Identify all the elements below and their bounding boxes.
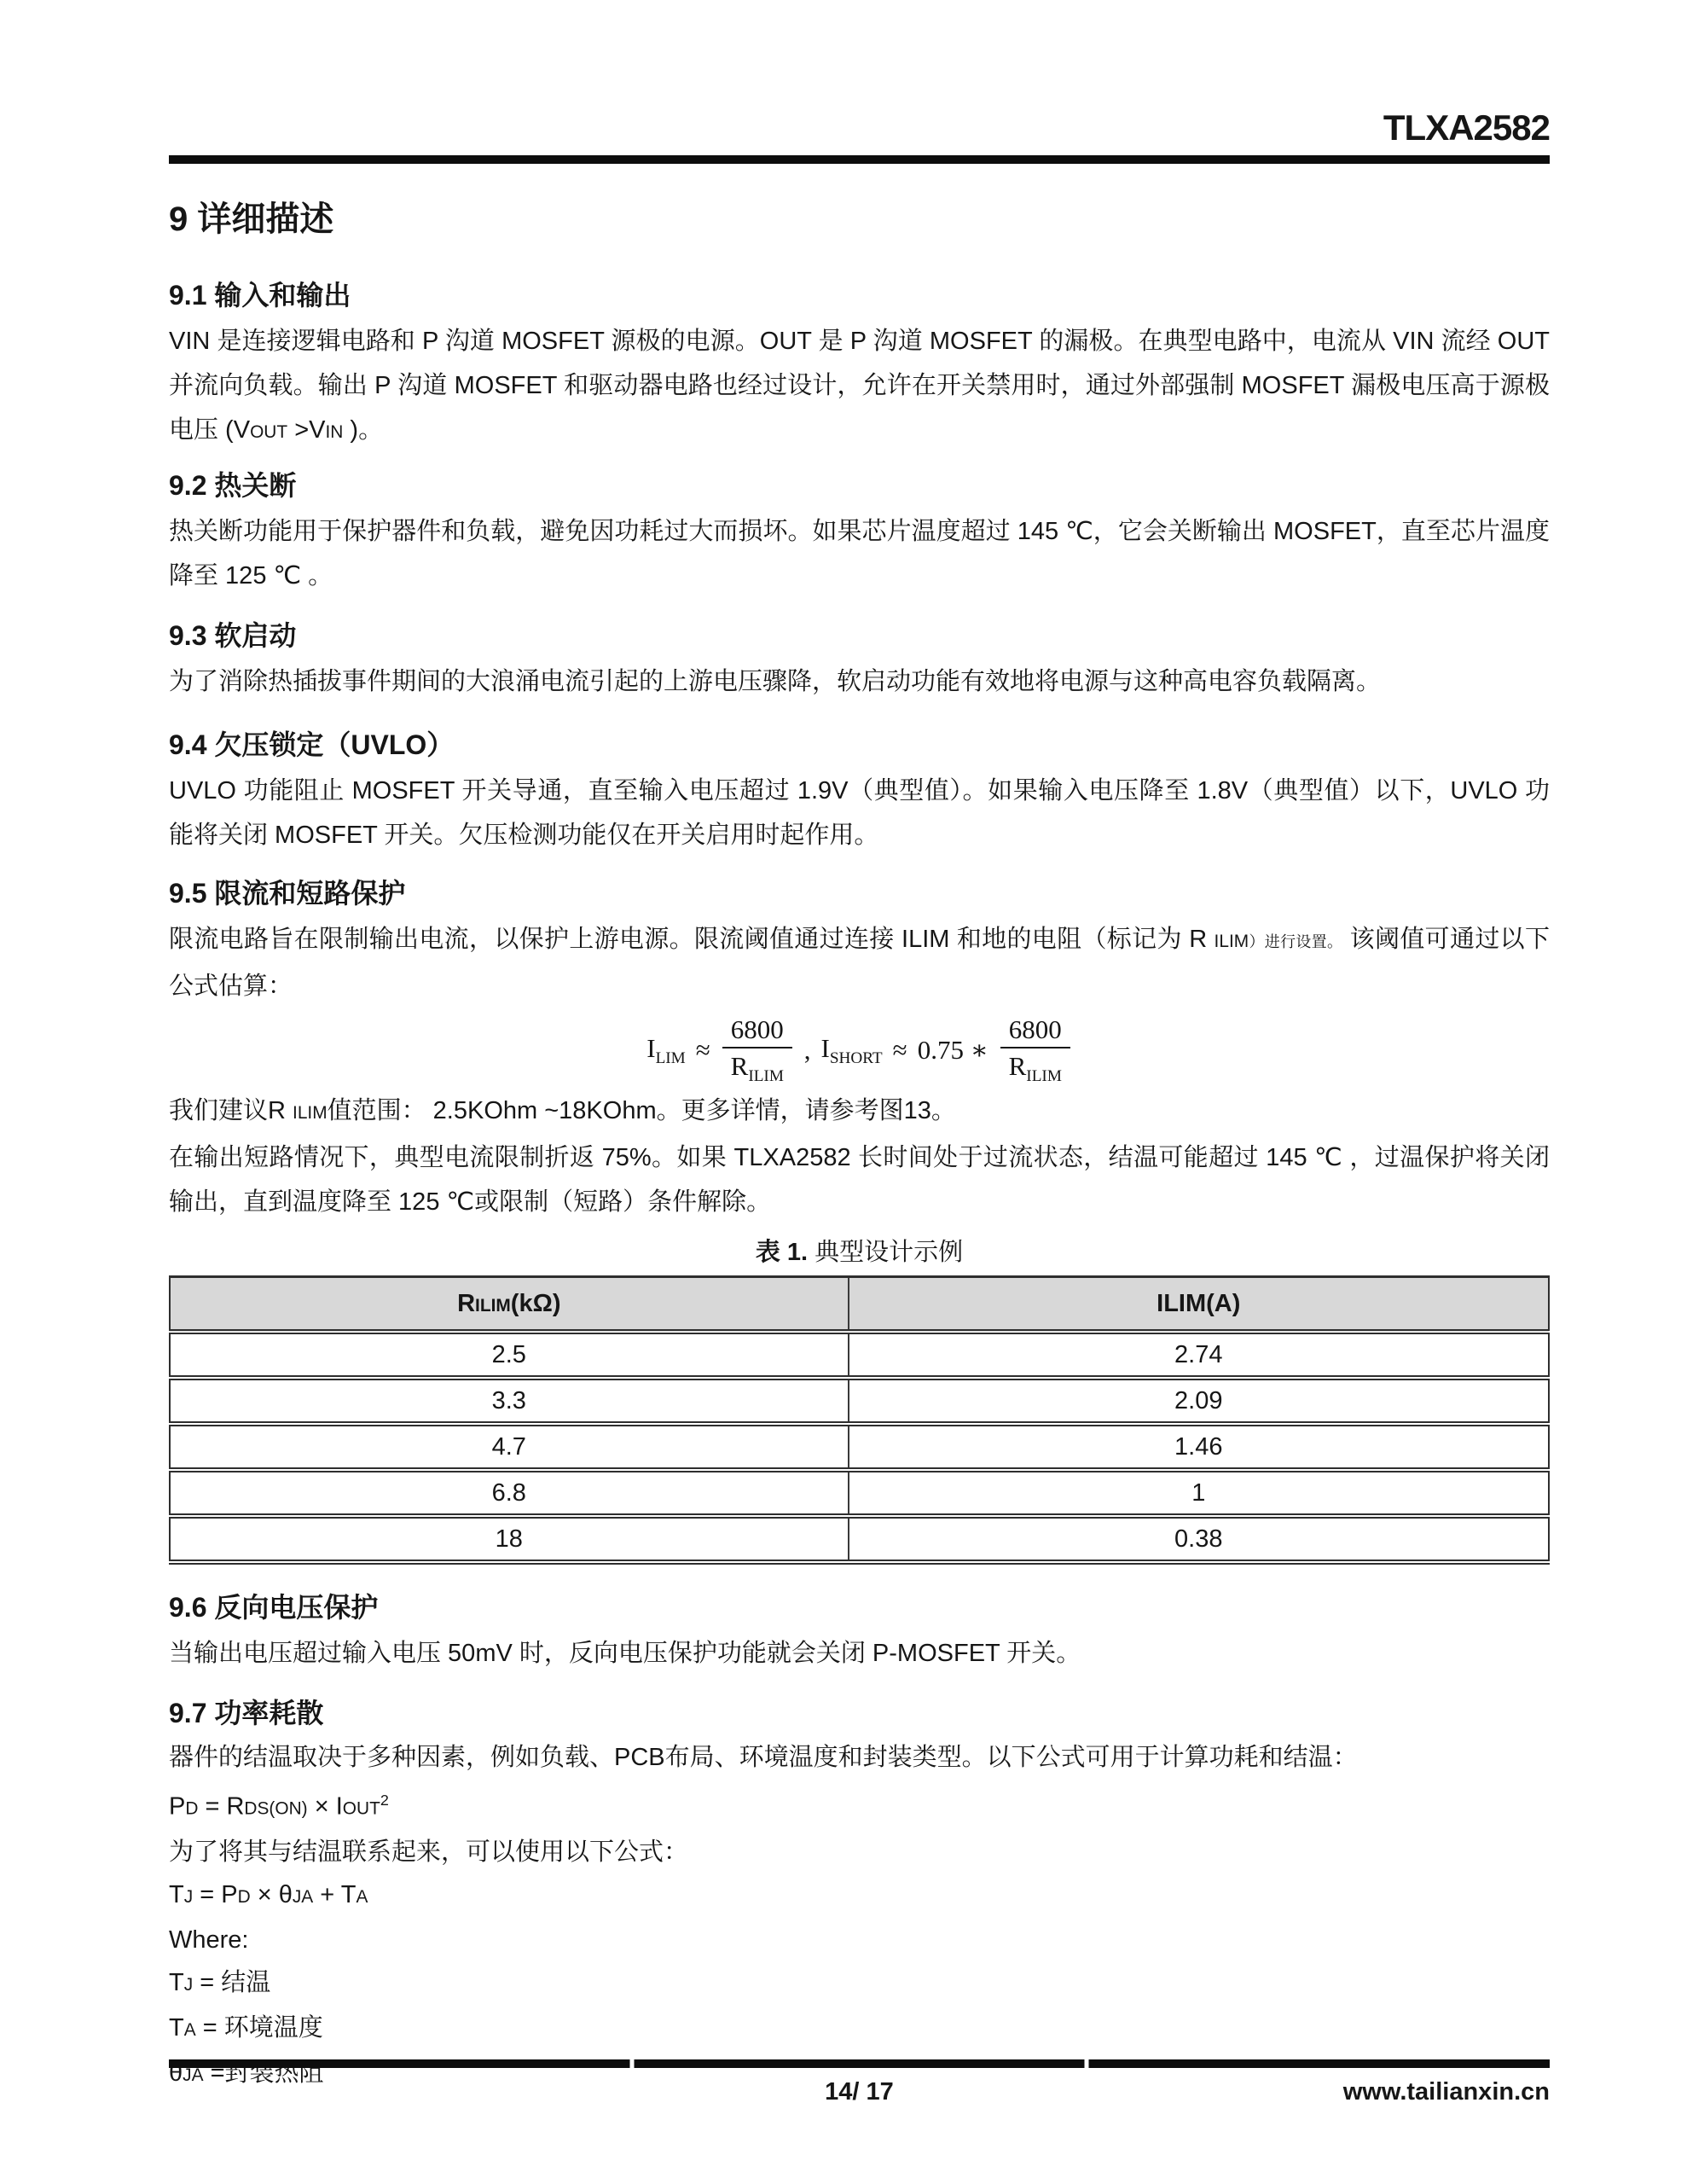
- table-row: 4.7 1.46: [170, 1424, 1549, 1470]
- table-cell-rilim: 6.8: [170, 1470, 849, 1516]
- section-9-4-body: UVLO 功能阻止 MOSFET 开关导通，直至输入电压超过 1.9V（典型值）…: [169, 769, 1550, 857]
- table-cell-rilim: 3.3: [170, 1378, 849, 1424]
- doc-number-title: TLXA2582: [169, 109, 1550, 147]
- table-caption-text: 典型设计示例: [808, 1239, 963, 1266]
- current-limit-formula: ILIM≈6800RILIM,ISHORT≈0.75 ∗6800RILIM: [169, 1015, 1550, 1085]
- table-cell-ilim: 0.38: [849, 1516, 1549, 1562]
- table-row: 3.3 2.09: [170, 1378, 1549, 1424]
- formula-fraction-1: 6800RILIM: [722, 1015, 792, 1085]
- section-9-3-body: 为了消除热插拔事件期间的大浪涌电流引起的上游电压骤降，软启动功能有效地将电源与这…: [169, 659, 1550, 704]
- table-cell-ilim: 2.09: [849, 1378, 1549, 1424]
- fraction-denominator: RILIM: [722, 1048, 792, 1085]
- formula-approx-1: ≈: [696, 1035, 710, 1066]
- section-9-2-body: 热关断功能用于保护器件和负载，避免因功耗过大而损坏。如果芯片温度超过 145 ℃…: [169, 509, 1550, 598]
- junction-temp-equation: TJ = PD × θJA + TA: [169, 1874, 1550, 1918]
- section-9-1-body: VIN 是连接逻辑电路和 P 沟道 MOSFET 源极的电源。OUT 是 P 沟…: [169, 319, 1550, 455]
- table-header-row: RILIM(kΩ) ILIM(A): [170, 1277, 1549, 1333]
- table-row: 6.8 1: [170, 1470, 1549, 1516]
- section-9-5-body: 限流电路旨在限制输出电流，以保护上游电源。限流阈值通过连接 ILIM 和地的电阻…: [169, 917, 1550, 1008]
- table-cell-ilim: 1.46: [849, 1424, 1549, 1470]
- formula-ishort-symbol: ISHORT: [821, 1033, 883, 1068]
- section-9-2-heading: 9.2 热关断: [169, 468, 1550, 502]
- section-9-3-heading: 9.3 软启动: [169, 619, 1550, 653]
- table-header-ilim: ILIM(A): [849, 1277, 1549, 1333]
- page-content: TLXA2582 9 详细描述 9.1 输入和输出 VIN 是连接逻辑电路和 P…: [169, 0, 1550, 2096]
- definition-ta: TA = 环境温度: [169, 2007, 1550, 2051]
- footer-website: www.tailianxin.cn: [1343, 2078, 1550, 2106]
- section-9-7-body-2: 为了将其与结温联系起来，可以使用以下公式：: [169, 1832, 1550, 1873]
- datasheet-page: TLXA2582 9 详细描述 9.1 输入和输出 VIN 是连接逻辑电路和 P…: [0, 0, 1687, 2184]
- header-rule: [169, 155, 1550, 164]
- fraction-numerator: 6800: [1000, 1015, 1070, 1048]
- section-9-7-body: 器件的结温取决于多种因素，例如负载、PCB布局、环境温度和封装类型。以下公式可用…: [169, 1737, 1550, 1778]
- footer-rule: [169, 2059, 1550, 2068]
- formula-approx-2: ≈: [893, 1035, 907, 1066]
- where-label: Where:: [169, 1920, 1550, 1960]
- section-9-4-heading: 9.4 欠压锁定（UVLO）: [169, 728, 1550, 762]
- table-row: 18 0.38: [170, 1516, 1549, 1562]
- rilim-recommendation-note: 我们建议R ILIM值范围： 2.5KOhm ~18KOhm。更多详情，请参考图…: [169, 1089, 1550, 1136]
- table-cell-ilim: 2.74: [849, 1332, 1549, 1378]
- formula-comma: ,: [804, 1035, 811, 1066]
- section-9-5-heading: 9.5 限流和短路保护: [169, 876, 1550, 910]
- table-caption: 表 1. 典型设计示例: [169, 1236, 1550, 1269]
- table-caption-number: 表 1.: [756, 1239, 808, 1266]
- table-row: 2.5 2.74: [170, 1332, 1549, 1378]
- fraction-denominator: RILIM: [1000, 1048, 1070, 1085]
- formula-ilim-symbol: ILIM: [646, 1033, 686, 1068]
- table-cell-ilim: 1: [849, 1470, 1549, 1516]
- formula-factor: 0.75 ∗: [918, 1035, 988, 1066]
- table-cell-rilim: 18: [170, 1516, 849, 1562]
- short-circuit-note: 在输出短路情况下，典型电流限制折返 75%。如果 TLXA2582 长时间处于过…: [169, 1136, 1550, 1224]
- table-cell-rilim: 2.5: [170, 1332, 849, 1378]
- power-dissipation-equation: PD = RDS(ON) × IOUT2: [169, 1780, 1550, 1830]
- page-footer: 14/ 17 www.tailianxin.cn: [169, 2078, 1550, 2112]
- typical-design-table: RILIM(kΩ) ILIM(A) 2.5 2.74 3.3 2.09 4.7 …: [169, 1275, 1550, 1565]
- section-9-6-body: 当输出电压超过输入电压 50mV 时，反向电压保护功能就会关闭 P-MOSFET…: [169, 1631, 1550, 1676]
- section-9-7-heading: 9.7 功率耗散: [169, 1696, 1550, 1730]
- section-9-6-heading: 9.6 反向电压保护: [169, 1590, 1550, 1624]
- definition-tj: TJ = 结温: [169, 1962, 1550, 2006]
- section-9-1-heading: 9.1 输入和输出: [169, 278, 1550, 312]
- table-header-rilim: RILIM(kΩ): [170, 1277, 849, 1333]
- formula-fraction-2: 6800RILIM: [1000, 1015, 1070, 1085]
- fraction-numerator: 6800: [722, 1015, 792, 1048]
- section-9-heading: 9 详细描述: [169, 200, 1550, 239]
- table-cell-rilim: 4.7: [170, 1424, 849, 1470]
